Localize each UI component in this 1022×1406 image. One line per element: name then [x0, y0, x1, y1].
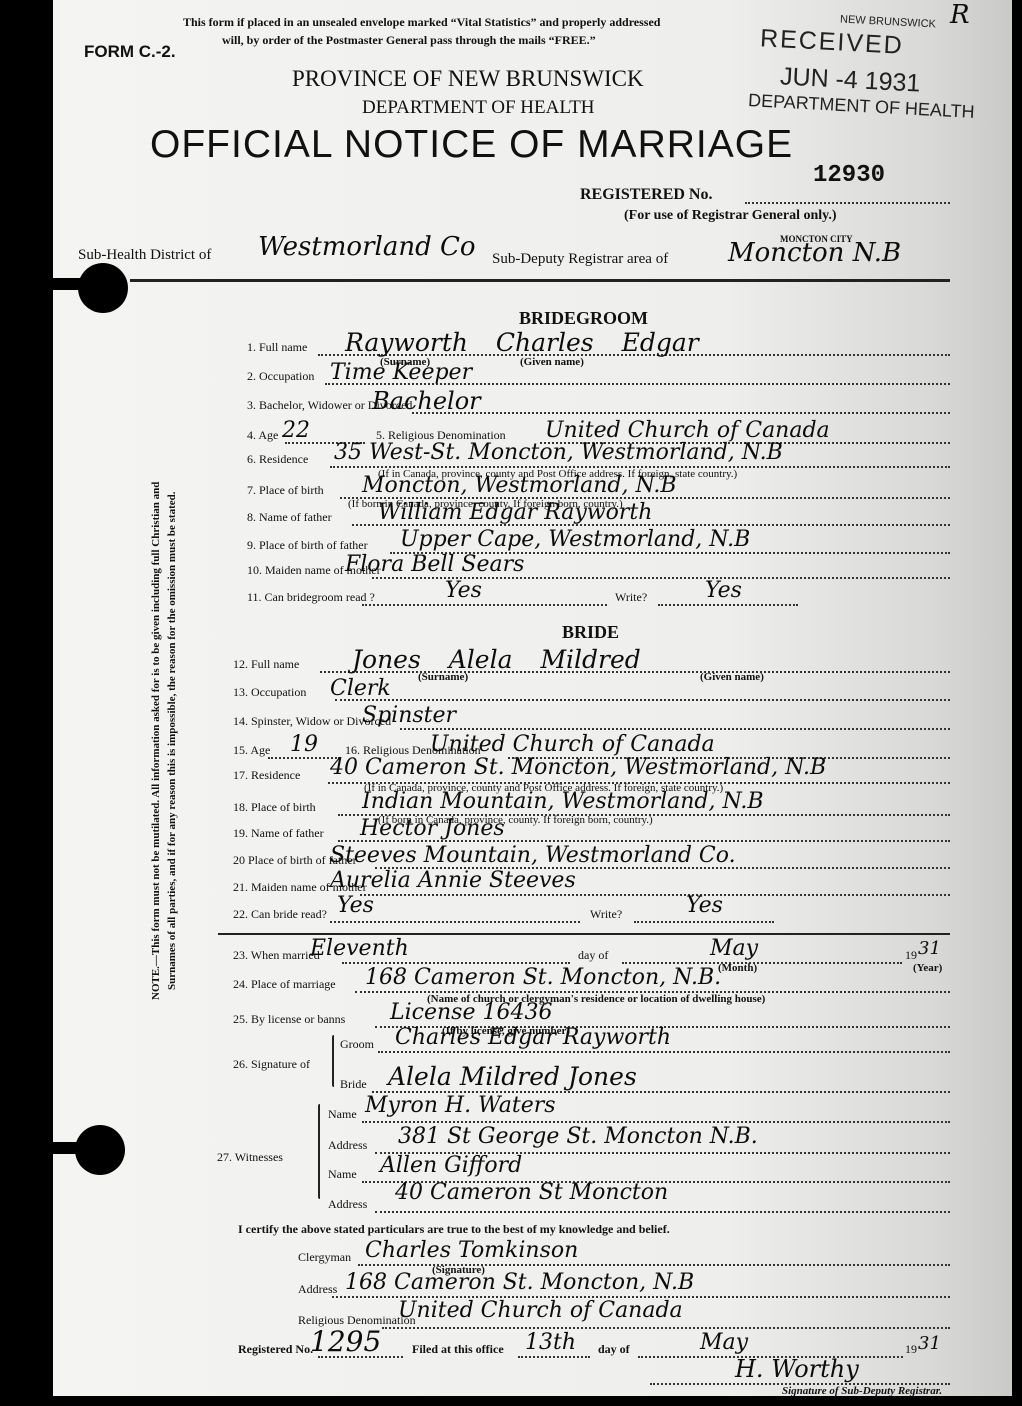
field-line [412, 412, 950, 414]
scan-border-bottom [0, 1396, 1022, 1406]
groom-mother-maiden-name: Flora Bell Sears [345, 552, 524, 577]
field-line [622, 962, 902, 964]
witness1-name-label: Name [328, 1107, 357, 1122]
given-name-hint: (Given name) [700, 671, 764, 683]
field-label: 23. When married [233, 948, 320, 963]
witness2-name: Allen Gifford [380, 1153, 522, 1178]
field-label: day of [578, 948, 608, 963]
field-label: 2. Occupation [247, 369, 314, 384]
field-label: 22. Can bride read? [233, 907, 327, 922]
bride-marital-status: Spinster [362, 703, 456, 728]
field-label: 4. Age [247, 428, 278, 443]
day-of-label: day of [598, 1342, 630, 1357]
field-label: Write? [615, 590, 647, 605]
groom-can-write: Yes [705, 578, 742, 603]
witness2-name-label: Name [328, 1167, 357, 1182]
form-id: FORM C.-2. [84, 42, 176, 62]
sub-deputy-area-label: Sub-Deputy Registrar area of [492, 251, 668, 268]
field-label: 17. Residence [233, 768, 300, 783]
field-line [362, 1121, 950, 1123]
groom-age: 22 [282, 418, 310, 443]
signature-brace [332, 1035, 334, 1087]
bride-father-name: Hector Jones [360, 816, 505, 841]
surname-hint: (Surname) [418, 671, 468, 683]
corner-mark: R [950, 0, 970, 30]
side-note-line2: Surnames of all parties, and if for any … [166, 492, 178, 991]
bride-religious-denomination: United Church of Canada [430, 732, 715, 757]
witness1-address: 381 St George St. Moncton N.B. [398, 1124, 758, 1149]
registrar-note: (For use of Registrar General only.) [624, 208, 837, 224]
bride-occupation: Clerk [330, 676, 391, 701]
field-line [382, 1327, 950, 1329]
sub-health-district-value: Westmorland Co [258, 232, 476, 262]
bride-label: Bride [340, 1077, 367, 1092]
registered-value: 1295 [310, 1325, 381, 1358]
marriage-license: License 16436 [390, 1000, 552, 1025]
marriage-year: 31 [918, 938, 941, 959]
groom-residence: 35 West-St. Moncton, Westmorland, N.B [334, 440, 783, 465]
field-line [378, 1051, 950, 1053]
groom-father-birthplace: Upper Cape, Westmorland, N.B [400, 527, 750, 552]
clergyman-label: Clergyman [298, 1250, 351, 1265]
groom-can-read: Yes [445, 578, 482, 603]
clergyman-denomination: United Church of Canada [398, 1298, 683, 1323]
registered-number-label: REGISTERED No. [580, 186, 712, 204]
side-note-line1: NOTE.—This form must not be mutilated. A… [150, 482, 162, 1000]
witness1-address-label: Address [328, 1138, 367, 1153]
field-label: 11. Can bridegroom read ? [247, 590, 375, 605]
field-line [360, 894, 950, 896]
given-name-hint: (Given name) [520, 356, 584, 368]
field-line [330, 921, 580, 923]
year-prefix: 19 [905, 1342, 917, 1357]
punch-hole-top [78, 263, 128, 313]
field-line [335, 699, 950, 701]
field-line [342, 962, 570, 964]
filed-year: 31 [918, 1333, 941, 1354]
field-label: 7. Place of birth [247, 483, 324, 498]
bride-heading: BRIDE [562, 622, 619, 643]
bride-mother-maiden-name: Aurelia Annie Steeves [330, 868, 576, 893]
field-line [375, 1211, 950, 1213]
clergyman-signature: Charles Tomkinson [365, 1238, 578, 1263]
scan-border-right [1012, 0, 1022, 1406]
field-line [634, 921, 774, 923]
field-label: Write? [590, 907, 622, 922]
clergyman-address: 168 Cameron St. Moncton, N.B [345, 1270, 694, 1295]
divider [218, 933, 950, 935]
province-heading: PROVINCE OF NEW BRUNSWICK [292, 66, 644, 92]
marriage-day: Eleventh [310, 936, 409, 961]
registrar-hint: Signature of Sub-Deputy Registrar. [782, 1385, 942, 1397]
field-label: 19. Name of father [233, 826, 324, 841]
witnesses-label: 27. Witnesses [217, 1150, 283, 1165]
divider [130, 279, 950, 282]
bride-age: 19 [290, 732, 318, 757]
department-heading: DEPARTMENT OF HEALTH [362, 97, 595, 119]
bride-signature: Alela Mildred Jones [388, 1062, 637, 1091]
clergyman-address-label: Address [298, 1282, 337, 1297]
groom-label: Groom [340, 1037, 374, 1052]
bride-full-name: Jones Alela Mildred [352, 645, 641, 674]
field-label: 24. Place of marriage [233, 977, 336, 992]
field-line [362, 604, 607, 606]
witness2-address-label: Address [328, 1197, 367, 1212]
bride-place-of-birth: Indian Mountain, Westmorland, N.B [362, 789, 764, 814]
sub-health-district-label: Sub-Health District of [78, 247, 211, 264]
field-line [518, 1356, 590, 1358]
bride-can-write: Yes [686, 893, 723, 918]
bride-residence: 40 Cameron St. Moncton, Westmorland, N.B [330, 755, 826, 780]
filed-label: Filed at this office [412, 1342, 504, 1357]
witness2-address: 40 Cameron St Moncton [395, 1180, 668, 1205]
field-label: 15. Age [233, 743, 270, 758]
month-hint: (Month) [718, 962, 757, 974]
field-label: 12. Full name [233, 657, 299, 672]
field-label: 18. Place of birth [233, 800, 316, 815]
registrar-signature: H. Worthy [735, 1355, 859, 1383]
groom-signature: Charles Edgar Rayworth [395, 1025, 671, 1050]
page-title: OFFICIAL NOTICE OF MARRIAGE [150, 123, 793, 167]
marriage-place: 168 Cameron St. Moncton, N.B. [365, 965, 721, 990]
certification-statement: I certify the above stated particulars a… [238, 1222, 670, 1237]
registered-number-value: 12930 [813, 162, 885, 189]
field-label: 25. By license or banns [233, 1012, 345, 1027]
mail-note-line1: This form if placed in an unsealed envel… [183, 15, 660, 30]
registered-number-line [745, 202, 950, 204]
year-prefix: 19 [905, 948, 917, 963]
field-label: 13. Occupation [233, 685, 306, 700]
year-hint: (Year) [913, 962, 942, 974]
field-label: 26. Signature of [233, 1057, 310, 1072]
bridegroom-heading: BRIDEGROOM [519, 308, 648, 329]
bride-father-birthplace: Steeves Mountain, Westmorland Co. [330, 843, 736, 868]
witness1-name: Myron H. Waters [365, 1093, 556, 1118]
groom-marital-status: Bachelor [372, 387, 481, 415]
sub-deputy-area-value: Moncton N.B [728, 238, 901, 268]
field-label: 8. Name of father [247, 510, 332, 525]
witnesses-brace [318, 1104, 320, 1199]
field-line [400, 728, 950, 730]
groom-place-of-birth: Moncton, Westmorland, N.B [362, 473, 677, 498]
punch-hole-bottom [75, 1125, 125, 1175]
filed-day: 13th [525, 1330, 576, 1355]
registered-label: Registered No. [238, 1342, 313, 1357]
groom-full-name: Rayworth Charles Edgar [345, 328, 699, 357]
mail-note-line2: will, by order of the Postmaster General… [222, 33, 596, 48]
filed-month: May [700, 1330, 748, 1355]
field-label: 1. Full name [247, 340, 307, 355]
bride-can-read: Yes [337, 893, 374, 918]
groom-occupation: Time Keeper [330, 360, 472, 385]
field-label: 9. Place of birth of father [247, 538, 368, 553]
marriage-month: May [710, 936, 758, 961]
field-line [658, 604, 798, 606]
groom-father-name: William Edgar Rayworth [378, 500, 652, 525]
field-label: 6. Residence [247, 452, 308, 467]
